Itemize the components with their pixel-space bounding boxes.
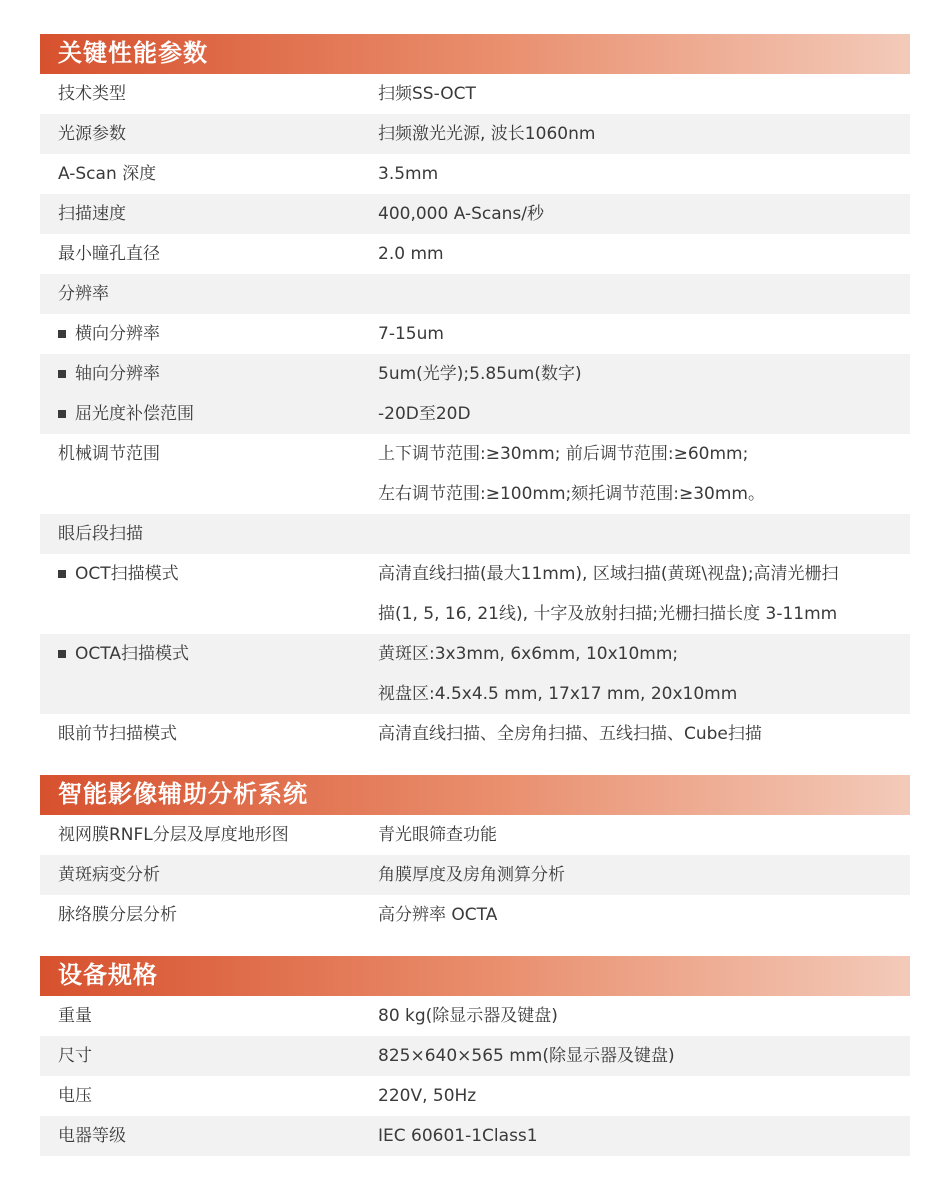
spec-row: 脉络膜分层分析 高分辨率 OCTA [40,895,910,935]
spec-row: 扫描速度 400,000 A-Scans/秒 [40,194,910,234]
spec-label-cell: 扫描速度 [40,194,378,234]
spec-value-line: 上下调节范围:≥30mm; 前后调节范围:≥60mm; [378,434,910,474]
section-header-bar: 关键性能参数 [40,34,910,74]
spec-label-cell: 技术类型 [40,74,378,114]
spec-value-cell: 220V, 50Hz [378,1076,910,1116]
spec-value-line: 220V, 50Hz [378,1076,910,1116]
spec-value-line: 3.5mm [378,154,910,194]
spec-label-cell: 尺寸 [40,1036,378,1076]
spec-row: 眼前节扫描模式 高清直线扫描、全房角扫描、五线扫描、Cube扫描 [40,714,910,754]
square-bullet-icon [58,650,66,658]
spec-value-line: 青光眼筛查功能 [378,815,910,855]
spec-section: 智能影像辅助分析系统 视网膜RNFL分层及厚度地形图 青光眼筛查功能 黄斑病变分… [40,775,910,935]
spec-label: 电器等级 [58,1116,126,1156]
spec-value-cell: 80 kg(除显示器及键盘) [378,996,910,1036]
spec-label: 重量 [58,996,92,1036]
spec-row: 技术类型 扫频SS-OCT [40,74,910,114]
spec-label: 眼前节扫描模式 [58,714,177,754]
spec-row: 最小瞳孔直径 2.0 mm [40,234,910,274]
spec-value-line: 扫频激光光源, 波长1060nm [378,114,910,154]
spec-row: 横向分辨率 7-15um [40,314,910,354]
spec-row: 光源参数 扫频激光光源, 波长1060nm [40,114,910,154]
spec-row: 重量 80 kg(除显示器及键盘) [40,996,910,1036]
spec-value-line: 高分辨率 OCTA [378,895,910,935]
square-bullet-icon [58,410,66,418]
spec-label-cell: 眼后段扫描 [40,514,378,554]
spec-value-line: 2.0 mm [378,234,910,274]
spec-value-cell: 青光眼筛查功能 [378,815,910,855]
spec-label-cell: 机械调节范围 [40,434,378,474]
spec-value-line: 高清直线扫描(最大11mm), 区域扫描(黄斑\视盘);高清光栅扫 [378,554,910,594]
section-rows: 视网膜RNFL分层及厚度地形图 青光眼筛查功能 黄斑病变分析 角膜厚度及房角测算… [40,815,910,935]
spec-label-cell: 横向分辨率 [40,314,378,354]
spec-row: 电压 220V, 50Hz [40,1076,910,1116]
spec-label-cell: 电器等级 [40,1116,378,1156]
spec-label-cell: 光源参数 [40,114,378,154]
spec-value-line: 扫频SS-OCT [378,74,910,114]
spec-label: 扫描速度 [58,194,126,234]
spec-row: 屈光度补偿范围 -20D至20D [40,394,910,434]
spec-label-cell: 脉络膜分层分析 [40,895,378,935]
spec-section: 关键性能参数 技术类型 扫频SS-OCT 光源参数 扫频激光光源, 波长1060… [40,34,910,754]
spec-label-cell: 分辨率 [40,274,378,314]
spec-label-cell: 最小瞳孔直径 [40,234,378,274]
spec-value-cell: 5um(光学);5.85um(数字) [378,354,910,394]
spec-label: 横向分辨率 [75,314,160,354]
spec-label: 尺寸 [58,1036,92,1076]
square-bullet-icon [58,570,66,578]
spec-value-cell: 黄斑区:3x3mm, 6x6mm, 10x10mm;视盘区:4.5x4.5 mm… [378,634,910,714]
spec-value-line: 黄斑区:3x3mm, 6x6mm, 10x10mm; [378,634,910,674]
spec-row: OCTA扫描模式 黄斑区:3x3mm, 6x6mm, 10x10mm;视盘区:4… [40,634,910,714]
spec-value-cell: 3.5mm [378,154,910,194]
spec-value-line: -20D至20D [378,394,910,434]
spec-value-cell: 7-15um [378,314,910,354]
spec-label: 机械调节范围 [58,434,160,474]
spec-row: A-Scan 深度 3.5mm [40,154,910,194]
spec-label-cell: 黄斑病变分析 [40,855,378,895]
spec-value-line: 视盘区:4.5x4.5 mm, 17x17 mm, 20x10mm [378,674,910,714]
spec-row: 黄斑病变分析 角膜厚度及房角测算分析 [40,855,910,895]
spec-label: 光源参数 [58,114,126,154]
section-title: 设备规格 [58,963,158,989]
spec-value-line: 7-15um [378,314,910,354]
spec-value-cell: 2.0 mm [378,234,910,274]
spec-label-cell: 视网膜RNFL分层及厚度地形图 [40,815,378,855]
square-bullet-icon [58,370,66,378]
section-title: 关键性能参数 [58,41,208,67]
spec-value-line: 400,000 A-Scans/秒 [378,194,910,234]
section-header-bar: 设备规格 [40,956,910,996]
spec-label: 视网膜RNFL分层及厚度地形图 [58,815,289,855]
spec-row: 轴向分辨率 5um(光学);5.85um(数字) [40,354,910,394]
spec-label: 电压 [58,1076,92,1116]
spec-value-cell: 扫频SS-OCT [378,74,910,114]
spec-value-cell: 角膜厚度及房角测算分析 [378,855,910,895]
spec-row: 视网膜RNFL分层及厚度地形图 青光眼筛查功能 [40,815,910,855]
section-rows: 重量 80 kg(除显示器及键盘) 尺寸 825×640×565 mm(除显示器… [40,996,910,1156]
spec-label: A-Scan 深度 [58,154,156,194]
spec-label: OCTA扫描模式 [75,634,189,674]
spec-label: OCT扫描模式 [75,554,179,594]
spec-label-cell: 电压 [40,1076,378,1116]
spec-label: 眼后段扫描 [58,514,143,554]
spec-value-cell: 高分辨率 OCTA [378,895,910,935]
spec-label: 轴向分辨率 [75,354,160,394]
spec-row: 尺寸 825×640×565 mm(除显示器及键盘) [40,1036,910,1076]
spec-label-cell: OCT扫描模式 [40,554,378,594]
spec-row: OCT扫描模式 高清直线扫描(最大11mm), 区域扫描(黄斑\视盘);高清光栅… [40,554,910,634]
spec-value-line: 825×640×565 mm(除显示器及键盘) [378,1036,910,1076]
spec-value-line: 80 kg(除显示器及键盘) [378,996,910,1036]
spec-value-line: IEC 60601-1Class1 [378,1116,910,1156]
spec-sheet: 关键性能参数 技术类型 扫频SS-OCT 光源参数 扫频激光光源, 波长1060… [40,34,910,1156]
spec-row: 分辨率 [40,274,910,314]
spec-label-cell: 重量 [40,996,378,1036]
square-bullet-icon [58,330,66,338]
spec-value-cell: IEC 60601-1Class1 [378,1116,910,1156]
spec-value-cell: -20D至20D [378,394,910,434]
spec-section: 设备规格 重量 80 kg(除显示器及键盘) 尺寸 825×640×565 mm… [40,956,910,1156]
spec-label-cell: 眼前节扫描模式 [40,714,378,754]
spec-value-line: 高清直线扫描、全房角扫描、五线扫描、Cube扫描 [378,714,910,754]
spec-row: 机械调节范围 上下调节范围:≥30mm; 前后调节范围:≥60mm;左右调节范围… [40,434,910,514]
spec-label-cell: OCTA扫描模式 [40,634,378,674]
section-title: 智能影像辅助分析系统 [58,782,308,808]
spec-label: 最小瞳孔直径 [58,234,160,274]
spec-label: 黄斑病变分析 [58,855,160,895]
spec-label: 分辨率 [58,274,109,314]
spec-value-line: 角膜厚度及房角测算分析 [378,855,910,895]
spec-label-cell: 屈光度补偿范围 [40,394,378,434]
spec-value-line: 左右调节范围:≥100mm;颏托调节范围:≥30mm。 [378,474,910,514]
spec-row: 眼后段扫描 [40,514,910,554]
spec-value-cell: 825×640×565 mm(除显示器及键盘) [378,1036,910,1076]
spec-label-cell: 轴向分辨率 [40,354,378,394]
spec-label: 脉络膜分层分析 [58,895,177,935]
spec-row: 电器等级 IEC 60601-1Class1 [40,1116,910,1156]
spec-value-cell: 上下调节范围:≥30mm; 前后调节范围:≥60mm;左右调节范围:≥100mm… [378,434,910,514]
spec-label: 技术类型 [58,74,126,114]
spec-value-line: 描(1, 5, 16, 21线), 十字及放射扫描;光栅扫描长度 3-11mm [378,594,910,634]
spec-value-cell: 高清直线扫描(最大11mm), 区域扫描(黄斑\视盘);高清光栅扫描(1, 5,… [378,554,910,634]
spec-value-cell: 400,000 A-Scans/秒 [378,194,910,234]
section-rows: 技术类型 扫频SS-OCT 光源参数 扫频激光光源, 波长1060nm A-Sc… [40,74,910,754]
spec-label-cell: A-Scan 深度 [40,154,378,194]
spec-label: 屈光度补偿范围 [75,394,194,434]
spec-value-cell: 高清直线扫描、全房角扫描、五线扫描、Cube扫描 [378,714,910,754]
section-header-bar: 智能影像辅助分析系统 [40,775,910,815]
spec-value-line: 5um(光学);5.85um(数字) [378,354,910,394]
spec-value-cell: 扫频激光光源, 波长1060nm [378,114,910,154]
